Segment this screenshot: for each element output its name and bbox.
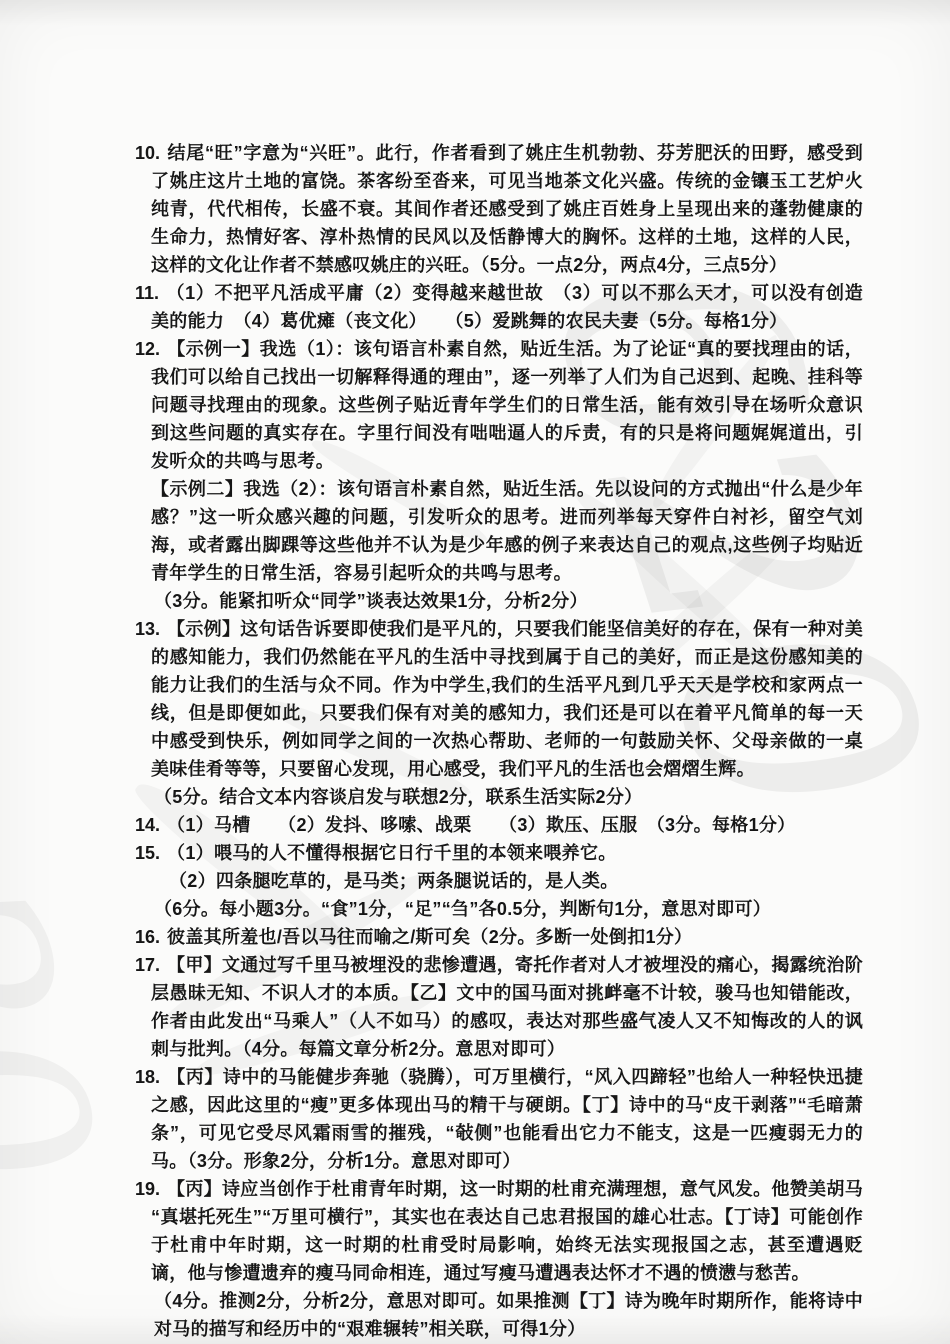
answer-item-18: 18.【丙】诗中的马能健步奔驰（骁腾），可万里横行，“风入四蹄轻”也给人一种轻快…: [135, 1063, 863, 1175]
answer-text: 【示例】这句话告诉要即使我们是平凡的，只要我们能坚信美好的存在，保有一种对美的感…: [151, 619, 863, 779]
answer-text: 结尾“旺”字意为“兴旺”。此行，作者看到了姚庄生机勃勃、芬芳肥沃的田野，感受到了…: [151, 143, 863, 275]
answer-text: （1）马槽 （2）发抖、哆嗦、战栗 （3）欺压、压服 （3分。每格1分）: [167, 815, 795, 835]
item-number: 19.: [135, 1179, 160, 1199]
score-text: （3分。能紧扣听众“同学”谈表达效果1分，分析2分）: [154, 591, 588, 611]
score-note-15: （6分。每小题3分。“食”1分，“足”“刍”各0.5分，判断句1分，意思对即可）: [135, 895, 863, 923]
answer-item-16: 16.彼盖其所羞也/吾以马往而喻之/斯可矣（2分。多断一处倒扣1分）: [135, 923, 863, 951]
answer-text: （1）不把平凡活成平庸（2）变得越来越世故 （3）可以不那么天才，可以没有创造美…: [151, 283, 863, 331]
answer-item-13: 13.【示例】这句话告诉要即使我们是平凡的，只要我们能坚信美好的存在，保有一种对…: [135, 615, 863, 783]
answer-item-17: 17.【甲】文通过写千里马被埋没的悲惨遭遇，寄托作者对人才被埋没的痛心，揭露统治…: [135, 951, 863, 1063]
item-number: 17.: [135, 955, 160, 975]
scanned-answer-page: 620 20 10.结尾“旺”字意为“兴旺”。此行，作者看到了姚庄生机勃勃、芬芳…: [0, 0, 950, 1344]
item-number: 14.: [135, 815, 160, 835]
answer-text: 【甲】文通过写千里马被埋没的悲惨遭遇，寄托作者对人才被埋没的痛心，揭露统治阶层愚…: [151, 955, 863, 1059]
item-number: 13.: [135, 619, 160, 639]
item-number: 10.: [135, 143, 160, 163]
watermark-script-digits-small: 20: [0, 860, 129, 1214]
answer-text: 【丙】诗应当创作于杜甫青年时期，这一时期的杜甫充满理想，意气风发。他赞美胡马“真…: [151, 1179, 863, 1283]
answer-item-12-example2: 【示例二】我选（2）：该句语言朴素自然，贴近生活。先以设问的方式抛出“什么是少年…: [135, 475, 863, 587]
answer-text: 彼盖其所羞也/吾以马往而喻之/斯可矣（2分。多断一处倒扣1分）: [167, 927, 692, 947]
answer-item-15-part1: 15.（1）喂马的人不懂得根据它日行千里的本领来喂养它。: [135, 839, 863, 867]
item-number: 12.: [135, 339, 160, 359]
answer-text: 【示例二】我选（2）：该句语言朴素自然，贴近生活。先以设问的方式抛出“什么是少年…: [151, 479, 863, 583]
item-number: 11.: [135, 283, 159, 303]
score-note-13: （5分。结合文本内容谈启发与联想2分，联系生活实际2分）: [135, 783, 863, 811]
answer-item-19: 19.【丙】诗应当创作于杜甫青年时期，这一时期的杜甫充满理想，意气风发。他赞美胡…: [135, 1175, 863, 1287]
answer-text: 【示例一】我选（1）：该句语言朴素自然，贴近生活。为了论证“真的要找理由的话，我…: [151, 339, 863, 471]
answer-text: 【丙】诗中的马能健步奔驰（骁腾），可万里横行，“风入四蹄轻”也给人一种轻快迅捷之…: [151, 1067, 863, 1171]
score-note-19: （4分。推测2分，分析2分，意思对即可。如果推测【丁】诗为晚年时期所作，能将诗中…: [135, 1287, 863, 1343]
answer-text: （1）喂马的人不懂得根据它日行千里的本领来喂养它。: [167, 843, 617, 863]
item-number: 15.: [135, 843, 160, 863]
answer-item-10: 10.结尾“旺”字意为“兴旺”。此行，作者看到了姚庄生机勃勃、芬芳肥沃的田野，感…: [135, 139, 863, 279]
answer-item-11: 11.（1）不把平凡活成平庸（2）变得越来越世故 （3）可以不那么天才，可以没有…: [135, 279, 863, 335]
answer-item-15-part2: （2）四条腿吃草的，是马类；两条腿说话的，是人类。: [135, 867, 863, 895]
score-note-12: （3分。能紧扣听众“同学”谈表达效果1分，分析2分）: [135, 587, 863, 615]
answer-item-12-example1: 12.【示例一】我选（1）：该句语言朴素自然，贴近生活。为了论证“真的要找理由的…: [135, 335, 863, 475]
score-text: （6分。每小题3分。“食”1分，“足”“刍”各0.5分，判断句1分，意思对即可）: [154, 899, 771, 919]
item-number: 16.: [135, 927, 160, 947]
answer-text: （2）四条腿吃草的，是马类；两条腿说话的，是人类。: [169, 871, 619, 891]
item-number: 18.: [135, 1067, 160, 1087]
answer-item-14: 14.（1）马槽 （2）发抖、哆嗦、战栗 （3）欺压、压服 （3分。每格1分）: [135, 811, 863, 839]
score-text: （5分。结合文本内容谈启发与联想2分，联系生活实际2分）: [154, 787, 642, 807]
answer-key-content: 10.结尾“旺”字意为“兴旺”。此行，作者看到了姚庄生机勃勃、芬芳肥沃的田野，感…: [135, 139, 863, 1343]
score-text: （4分。推测2分，分析2分，意思对即可。如果推测【丁】诗为晚年时期所作，能将诗中…: [154, 1291, 863, 1339]
